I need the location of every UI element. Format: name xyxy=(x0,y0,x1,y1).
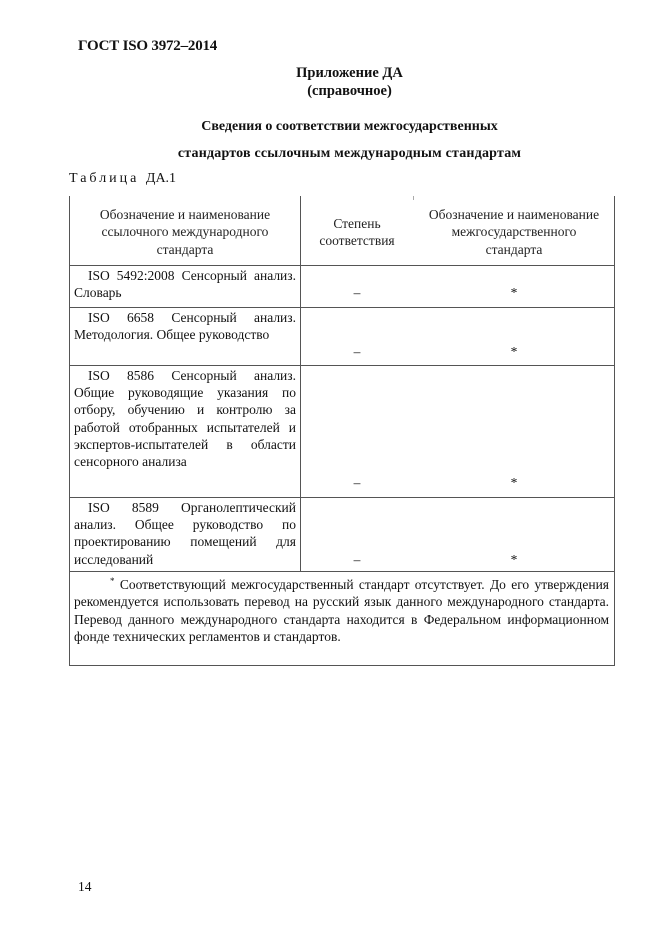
column-header-label: Степень соответствия xyxy=(307,215,407,249)
reference-standard-text: ISO 6658 Сенсорный анализ. Методология. … xyxy=(74,310,296,342)
table-caption: Таблица ДА.1 xyxy=(69,171,176,187)
appendix-name: Приложение ДА xyxy=(38,64,661,82)
appendix-title: Приложение ДА (справочное) xyxy=(0,64,661,100)
section-heading-line-2: стандартов ссылочным международным станд… xyxy=(0,146,661,162)
reference-standard-text: ISO 5492:2008 Сенсорный анализ. Словарь xyxy=(74,268,296,300)
table-row-reference: ISO 8589 Органолептический анализ. Общее… xyxy=(71,498,299,571)
degree-value: – xyxy=(301,551,413,568)
table-border-right xyxy=(614,196,615,666)
column-divider-2 xyxy=(413,196,414,200)
table-row-reference: ISO 5492:2008 Сенсорный анализ. Словарь xyxy=(71,266,299,307)
table-row-reference: ISO 8586 Сенсорный анализ. Общие руковод… xyxy=(71,366,299,497)
interstate-value: * xyxy=(415,284,613,301)
degree-value: – xyxy=(301,343,413,360)
interstate-value: * xyxy=(415,474,613,491)
table-caption-label: Таблица xyxy=(69,171,139,186)
correspondence-table: Обозначение и наименование ссылочного ме… xyxy=(69,196,614,666)
reference-standard-text: ISO 8586 Сенсорный анализ. Общие руковод… xyxy=(74,368,296,469)
column-header-label: Обозначение и наименование межгосударств… xyxy=(423,206,605,258)
section-heading-line-1: Сведения о соответствии межгосударственн… xyxy=(0,119,661,135)
interstate-value: * xyxy=(415,343,613,360)
appendix-type: (справочное) xyxy=(38,82,661,100)
reference-standard-text: ISO 8589 Органолептический анализ. Общее… xyxy=(74,500,296,567)
footnote-marker: * xyxy=(110,576,115,586)
interstate-value: * xyxy=(415,551,613,568)
document-code: ГОСТ ISO 3972–2014 xyxy=(78,38,217,55)
degree-value: – xyxy=(301,474,413,491)
degree-value: – xyxy=(301,284,413,301)
table-border-left xyxy=(69,196,70,666)
column-header-degree: Степень соответствия xyxy=(301,202,413,262)
column-header-interstate: Обозначение и наименование межгосударств… xyxy=(415,202,613,262)
column-header-reference: Обозначение и наименование ссылочного ме… xyxy=(71,202,299,262)
table-caption-number: ДА.1 xyxy=(146,171,176,186)
table-footnote: * Соответствующий межгосударственный ста… xyxy=(71,572,612,646)
table-border-bottom xyxy=(69,665,615,666)
table-row-reference: ISO 6658 Сенсорный анализ. Методология. … xyxy=(71,308,299,365)
footnote-text: Соответствующий межгосударственный станд… xyxy=(74,577,609,644)
column-header-label: Обозначение и наименование ссылочного ме… xyxy=(81,206,289,258)
page-number: 14 xyxy=(78,879,92,895)
